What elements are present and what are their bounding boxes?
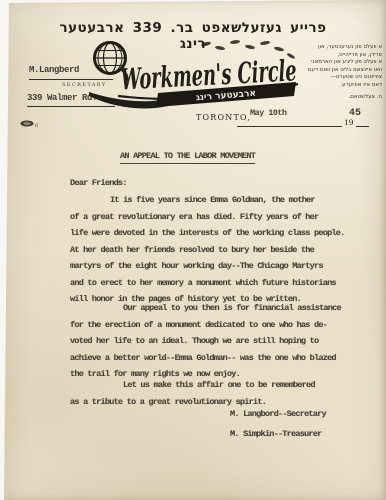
union-bug-icon: 6 — [20, 119, 42, 128]
text-line: M. Simpkin--Treasurer — [230, 424, 326, 444]
text-line: life were devoted in the interests of th… — [70, 225, 368, 242]
motto-lines: א וועלט פון גערעכטער, אוןפרידן, און פריי… — [292, 44, 382, 90]
year-underline — [356, 126, 369, 127]
text-line: Let us make this affair one to be rememb… — [70, 377, 368, 394]
text-line: וואו איינצאם בליט און וואס דעם — [292, 67, 382, 75]
typed-year: 45 — [349, 108, 361, 119]
motto-attribution: ה. צעלשטאם. — [292, 94, 382, 102]
scanned-letter: פרייע געזעלשאפט בר. 339 ארבעטער רינג M.L… — [0, 0, 386, 500]
letter-body: AN APPEAL TO THE LABOR MOVEMENT Dear Fri… — [70, 148, 368, 478]
salutation: Dear Friends: — [70, 175, 127, 192]
address-line: 339 Walmer Rd. — [27, 93, 97, 103]
year-prefix: 19 — [344, 118, 354, 127]
workmens-circle-logo: Workmen's Circle ארבעטער רינג — [88, 36, 303, 110]
text-line: It is five years since Emma Goldman, the… — [70, 192, 368, 209]
text-line: א וועלט פון גערעכטער, און — [292, 44, 382, 52]
svg-text:6: 6 — [35, 123, 38, 128]
paragraph: It is five years since Emma Goldman, the… — [70, 192, 368, 308]
paragraph: Our appeal to you then is for financial … — [70, 300, 368, 383]
text-line: martyrs of the eight hour working day--T… — [70, 258, 368, 275]
text-line: for the erection of a monument dedicated… — [70, 317, 368, 334]
text-line: Our appeal to you then is for financial … — [70, 300, 368, 317]
text-line: M. Langbord--Secretary — [230, 404, 326, 424]
text-line: א וועלט פון ליבע און הארמאני — [292, 59, 382, 67]
text-line: and to erect to her memory a monument wh… — [70, 275, 368, 292]
secretary-name: M.Langberd — [29, 65, 79, 75]
signature-block: M. Langbord--SecretaryM. Simpkin--Treasu… — [230, 404, 326, 444]
text-line: voted her life to an ideal. Though we ar… — [70, 333, 368, 350]
city-label: TORONTO, — [196, 113, 251, 122]
text-line: of a great revolutionary era has died. F… — [70, 209, 368, 226]
letter-heading: AN APPEAL TO THE LABOR MOVEMENT — [120, 150, 255, 164]
yiddish-motto: א וועלט פון גערעכטער, אוןפרידן, און פריי… — [292, 44, 384, 101]
text-line: achieve a better world--Emma Goldman-- w… — [70, 350, 368, 367]
typed-date: May 10th — [250, 108, 286, 118]
text-line: צווייטנס ניט שטערט— — [292, 74, 382, 82]
date-underline — [237, 126, 342, 127]
text-line: דאס איז אונזערע. — [292, 82, 382, 90]
paper: פרייע געזעלשאפט בר. 339 ארבעטער רינג M.L… — [0, 0, 386, 500]
text-line: At her death her friends resolved to bur… — [70, 242, 368, 259]
